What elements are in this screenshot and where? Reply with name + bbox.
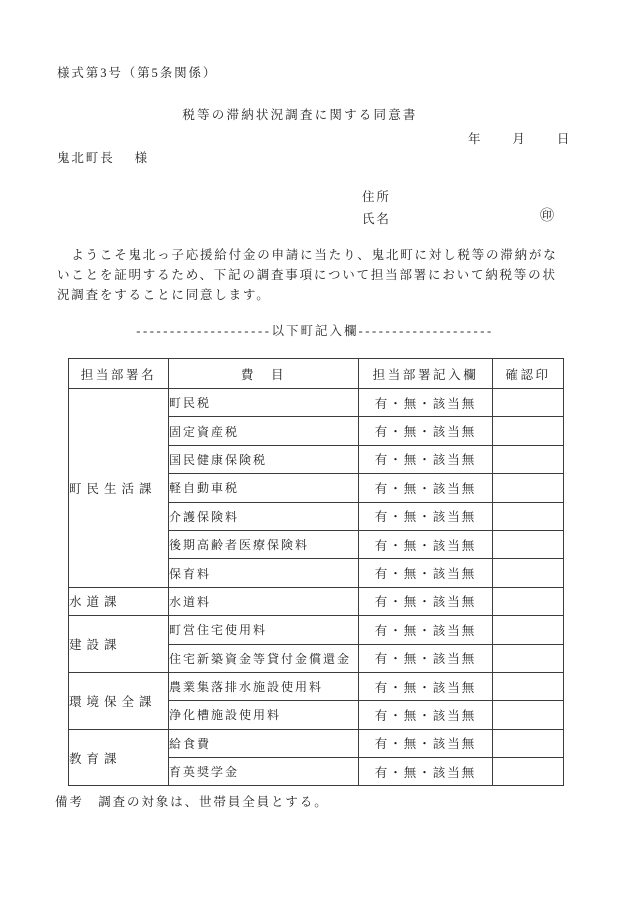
status-options-cell: 有・無・該当無 [359,530,493,558]
remarks-note: 備考 調査の対象は、世帯員全員とする。 [55,792,329,810]
col-header-department: 担当部署名 [69,359,169,389]
status-options-cell: 有・無・該当無 [359,559,493,587]
col-header-confirmation-seal: 確認印 [493,359,564,389]
survey-table: 担当部署名 費 目 担当部署記入欄 確認印 町民生活課町民税有・無・該当無固定資… [68,358,564,786]
confirmation-seal-cell [493,502,564,530]
confirmation-seal-cell [493,445,564,473]
status-options-cell: 有・無・該当無 [359,417,493,445]
document-page: 様式第3号（第5条関係） 税等の滞納状況調査に関する同意書 年 月 日 鬼北町長… [0,0,630,903]
divider-dashes-right: -------------------- [359,324,494,338]
fee-item-cell: 町民税 [169,389,359,417]
date-month-label: 月 [512,129,526,147]
confirmation-seal-cell [493,729,564,757]
confirmation-seal-cell [493,587,564,615]
fee-item-cell: 町営住宅使用料 [169,616,359,644]
status-options-cell: 有・無・該当無 [359,644,493,672]
fee-item-cell: 保育料 [169,559,359,587]
table-header-row: 担当部署名 費 目 担当部署記入欄 確認印 [69,359,564,389]
fee-item-cell: 国民健康保険税 [169,445,359,473]
status-options-cell: 有・無・該当無 [359,445,493,473]
status-options-cell: 有・無・該当無 [359,701,493,729]
consent-paragraph-line: 況調査をすることに同意します。 [57,285,577,305]
status-options-cell: 有・無・該当無 [359,729,493,757]
status-options-cell: 有・無・該当無 [359,758,493,786]
addressee-line: 鬼北町長 様 [57,148,149,166]
confirmation-seal-cell [493,474,564,502]
table-row: 環境保全課農業集落排水施設使用料有・無・該当無 [69,672,564,700]
col-header-entry-field: 担当部署記入欄 [359,359,493,389]
table-row: 水道課水道料有・無・該当無 [69,587,564,615]
fee-item-cell: 介護保険料 [169,502,359,530]
confirmation-seal-cell [493,417,564,445]
fee-item-cell: 住宅新築資金等貸付金償還金 [169,644,359,672]
document-title: 税等の滞納状況調査に関する同意書 [0,105,600,123]
fee-item-cell: 軽自動車税 [169,474,359,502]
form-number: 様式第3号（第5条関係） [57,63,217,81]
seal-mark-icon: ㊞ [540,205,554,225]
department-cell: 教育課 [69,729,169,786]
table-row: 町民生活課町民税有・無・該当無 [69,389,564,417]
fee-item-cell: 水道料 [169,587,359,615]
addressee-honorific: 様 [135,148,149,166]
status-options-cell: 有・無・該当無 [359,502,493,530]
consent-paragraph-line: ようこそ鬼北っ子応援給付金の申請に当たり、鬼北町に対し税等の滞納がな [57,245,577,265]
fee-item-cell: 後期高齢者医療保険料 [169,530,359,558]
name-label: 氏名 [362,209,391,227]
table-row: 教育課給食費有・無・該当無 [69,729,564,757]
addressee-name: 鬼北町長 [57,148,115,166]
survey-table-body: 町民生活課町民税有・無・該当無固定資産税有・無・該当無国民健康保険税有・無・該当… [69,389,564,786]
fee-item-cell: 給食費 [169,729,359,757]
department-cell: 水道課 [69,587,169,615]
address-label: 住所 [362,187,391,205]
fee-item-cell: 育英奨学金 [169,758,359,786]
divider-label: 以下町記入欄 [271,324,358,338]
department-cell: 建設課 [69,616,169,673]
confirmation-seal-cell [493,559,564,587]
fee-item-cell: 浄化槽施設使用料 [169,701,359,729]
status-options-cell: 有・無・該当無 [359,389,493,417]
confirmation-seal-cell [493,616,564,644]
table-row: 建設課町営住宅使用料有・無・該当無 [69,616,564,644]
town-entry-section-divider: --------------------以下町記入欄--------------… [0,321,630,339]
col-header-fee-item: 費 目 [169,359,359,389]
fee-item-cell: 固定資産税 [169,417,359,445]
confirmation-seal-cell [493,672,564,700]
date-line: 年 月 日 [468,129,571,147]
date-year-label: 年 [468,129,482,147]
confirmation-seal-cell [493,530,564,558]
status-options-cell: 有・無・該当無 [359,474,493,502]
department-cell: 町民生活課 [69,389,169,588]
consent-paragraph: ようこそ鬼北っ子応援給付金の申請に当たり、鬼北町に対し税等の滞納がな いことを証… [57,245,577,306]
confirmation-seal-cell [493,701,564,729]
fee-item-cell: 農業集落排水施設使用料 [169,672,359,700]
department-cell: 環境保全課 [69,672,169,729]
status-options-cell: 有・無・該当無 [359,587,493,615]
consent-paragraph-line: いことを証明するため、下記の調査事項について担当部署において納税等の状 [57,265,577,285]
divider-dashes-left: -------------------- [136,324,271,338]
date-day-label: 日 [557,129,571,147]
confirmation-seal-cell [493,644,564,672]
status-options-cell: 有・無・該当無 [359,616,493,644]
confirmation-seal-cell [493,758,564,786]
status-options-cell: 有・無・該当無 [359,672,493,700]
confirmation-seal-cell [493,389,564,417]
